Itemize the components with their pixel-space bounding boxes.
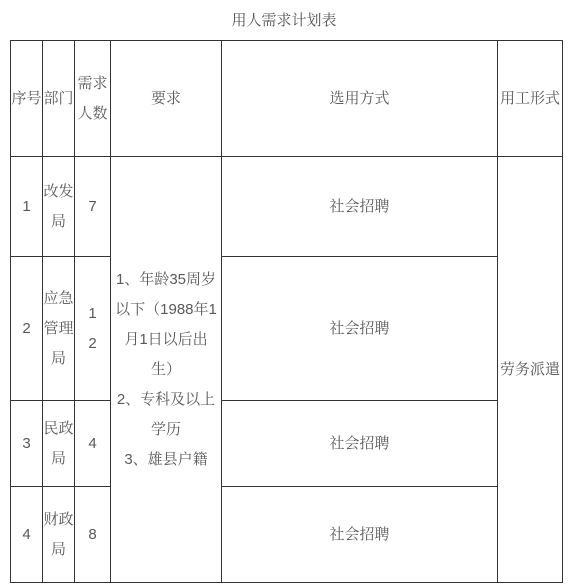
header-cell-department: 部门 — [43, 41, 75, 157]
headcount-value: 4 — [88, 429, 98, 459]
table-row: 2 应急管理局 12 社会招聘 — [11, 257, 563, 401]
cell-department: 改发局 — [43, 157, 75, 257]
table-row: 1 改发局 7 1、年龄35周岁以下（1988年1月1日以后出生） 2、专科及以… — [11, 157, 563, 257]
cell-index: 3 — [11, 401, 43, 487]
cell-headcount: 8 — [75, 487, 111, 583]
header-cell-requirements: 要求 — [111, 41, 222, 157]
header-cell-headcount: 需求人数 — [75, 41, 111, 157]
cell-department: 财政局 — [43, 487, 75, 583]
headcount-value: 12 — [88, 299, 98, 359]
header-cell-index: 序号 — [11, 41, 43, 157]
cell-selection: 社会招聘 — [222, 257, 498, 401]
cell-department: 民政局 — [43, 401, 75, 487]
staffing-table: 序号 部门 需求人数 要求 选用方式 用工形式 1 改发局 7 1、年龄35周岁… — [10, 40, 563, 583]
table-row: 3 民政局 4 社会招聘 — [11, 401, 563, 487]
cell-index: 1 — [11, 157, 43, 257]
page: 用人需求计划表 序号 部门 需求人数 要求 选用方式 用工形式 1 改发局 7 … — [0, 0, 568, 588]
cell-selection: 社会招聘 — [222, 401, 498, 487]
page-title: 用人需求计划表 — [0, 0, 568, 30]
table-header-row: 序号 部门 需求人数 要求 选用方式 用工形式 — [11, 41, 563, 157]
cell-selection: 社会招聘 — [222, 157, 498, 257]
cell-headcount: 4 — [75, 401, 111, 487]
cell-index: 4 — [11, 487, 43, 583]
table-row: 4 财政局 8 社会招聘 — [11, 487, 563, 583]
cell-employment-form: 劳务派遣 — [498, 157, 563, 583]
cell-headcount: 12 — [75, 257, 111, 401]
headcount-value: 7 — [88, 192, 98, 222]
header-cell-selection: 选用方式 — [222, 41, 498, 157]
header-cell-employment: 用工形式 — [498, 41, 563, 157]
cell-requirements: 1、年龄35周岁以下（1988年1月1日以后出生） 2、专科及以上学历 3、雄县… — [111, 157, 222, 583]
cell-selection: 社会招聘 — [222, 487, 498, 583]
headcount-value: 8 — [88, 520, 98, 550]
cell-headcount: 7 — [75, 157, 111, 257]
cell-department: 应急管理局 — [43, 257, 75, 401]
cell-index: 2 — [11, 257, 43, 401]
